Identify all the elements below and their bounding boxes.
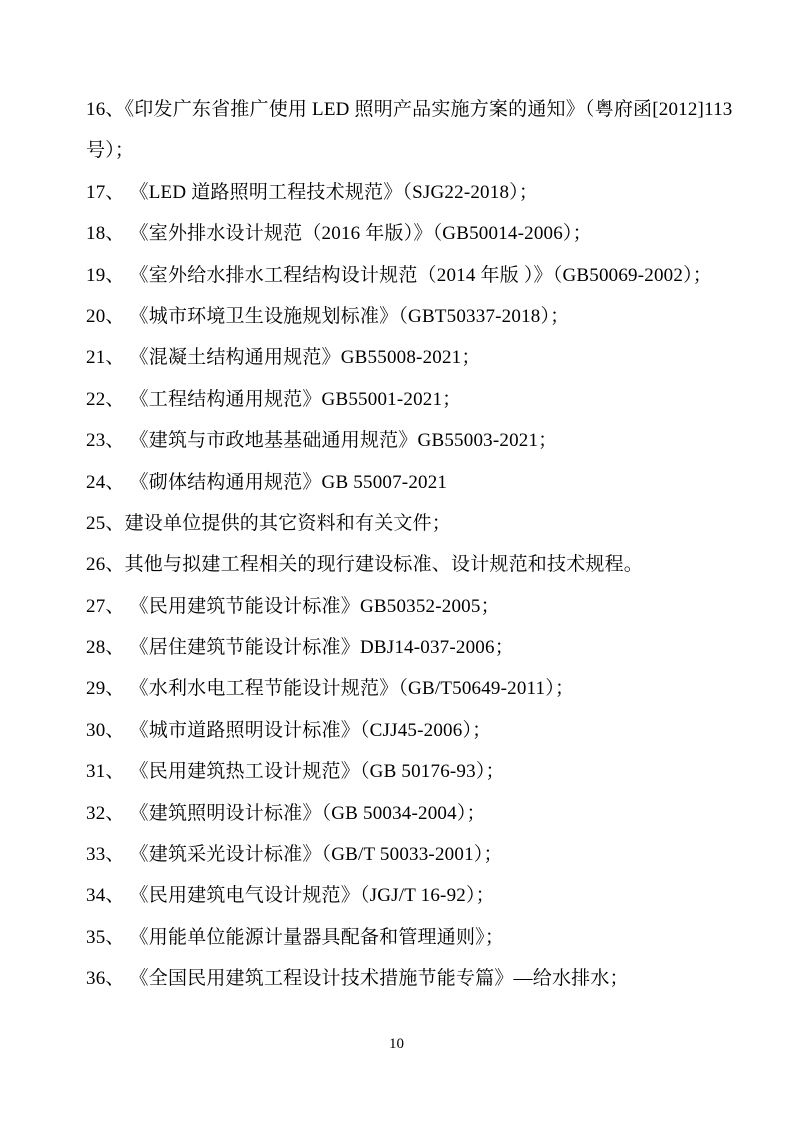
- document-line: 34、 《民用建筑电气设计规范》（JGJ/T 16-92）；: [86, 875, 711, 916]
- document-line: 28、 《居住建筑节能设计标准》DBJ14-037-2006；: [86, 627, 711, 668]
- document-line: 20、 《城市环境卫生设施规划标准》（GBT50337-2018）；: [86, 296, 711, 337]
- document-line: 30、 《城市道路照明设计标准》（CJJ45-2006）；: [86, 710, 711, 751]
- document-line: 36、 《全国民用建筑工程设计技术措施节能专篇》—给水排水；: [86, 958, 711, 999]
- document-line: 32、 《建筑照明设计标准》（GB 50034-2004）；: [86, 793, 711, 834]
- document-line: 31、 《民用建筑热工设计规范》（GB 50176-93）；: [86, 751, 711, 792]
- document-line: 19、 《室外给水排水工程结构设计规范（2014 年版 ）》（GB50069-2…: [86, 255, 711, 296]
- document-line: 29、 《水利水电工程节能设计规范》（GB/T50649-2011）；: [86, 668, 711, 709]
- document-line: 21、 《混凝土结构通用规范》GB55008-2021；: [86, 337, 711, 378]
- document-line: 25、建设单位提供的其它资料和有关文件；: [86, 503, 711, 544]
- page-footer: 10: [0, 1033, 793, 1055]
- document-line: 26、其他与拟建工程相关的现行建设标准、设计规范和技术规程。: [86, 544, 711, 585]
- document-line: 35、 《用能单位能源计量器具配备和管理通则》；: [86, 917, 711, 958]
- document-line: 17、 《LED 道路照明工程技术规范》（SJG22-2018）；: [86, 172, 711, 213]
- document-page: 16、《印发广东省推广使用 LED 照明产品实施方案的通知》（粤府函[2012]…: [0, 0, 793, 1122]
- document-line: 24、 《砌体结构通用规范》GB 55007-2021: [86, 462, 711, 503]
- document-line: 22、 《工程结构通用规范》GB55001-2021；: [86, 379, 711, 420]
- document-line: 33、 《建筑采光设计标准》（GB/T 50033-2001）；: [86, 834, 711, 875]
- document-line: 号）；: [86, 130, 711, 171]
- document-line: 23、 《建筑与市政地基基础通用规范》GB55003-2021；: [86, 420, 711, 461]
- document-line: 18、 《室外排水设计规范（2016 年版）》（GB50014-2006）；: [86, 213, 711, 254]
- page-number: 10: [389, 1036, 404, 1052]
- document-line: 27、 《民用建筑节能设计标准》GB50352-2005；: [86, 586, 711, 627]
- document-line: 16、《印发广东省推广使用 LED 照明产品实施方案的通知》（粤府函[2012]…: [86, 89, 711, 130]
- document-body: 16、《印发广东省推广使用 LED 照明产品实施方案的通知》（粤府函[2012]…: [86, 89, 711, 1000]
